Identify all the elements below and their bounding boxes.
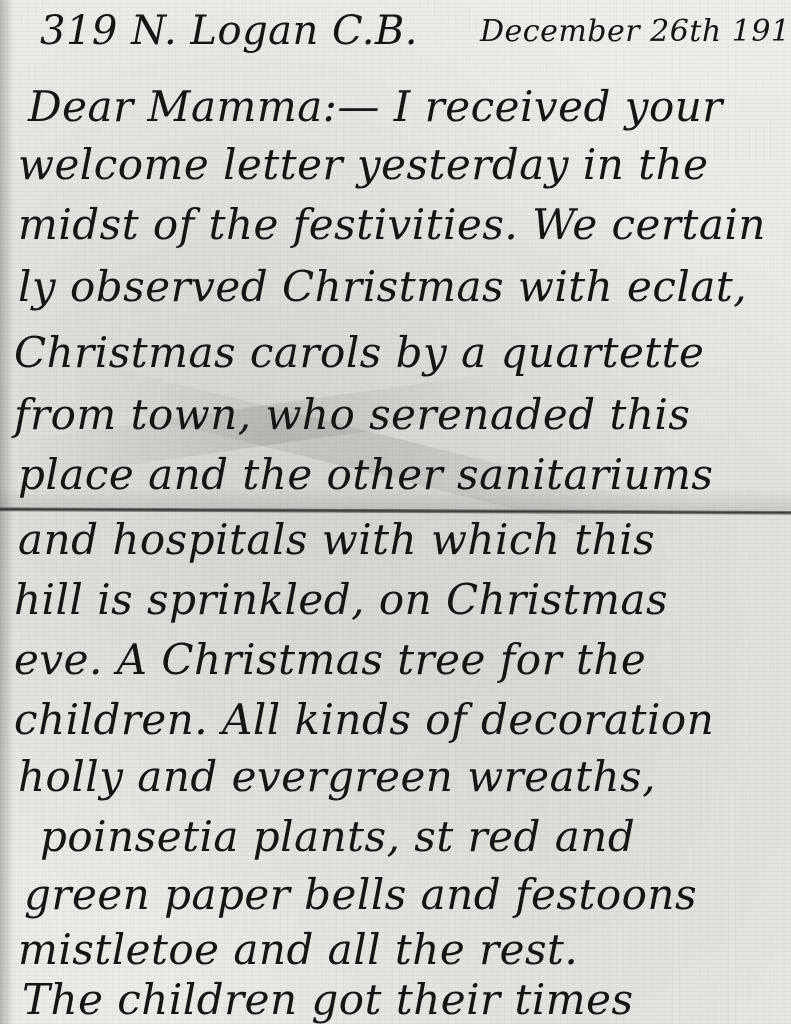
letter-line: holly and evergreen wreaths, (18, 752, 656, 801)
letter-line: from town, who serenaded this (14, 390, 690, 439)
letter-line: Dear Mamma:— I received your (28, 82, 723, 131)
letter-line: The children got their times (22, 975, 634, 1024)
letter-line: poinsetia plants, st red and (40, 812, 635, 861)
letter-line: ly observed Christmas with eclat, (18, 262, 747, 311)
letter-address: 319 N. Logan C.B. (40, 8, 418, 54)
letter-line: children. All kinds of decoration (14, 695, 714, 744)
letter-line: green paper bells and festoons (24, 870, 697, 919)
letter-page: 319 N. Logan C.B. December 26th 1910 Dea… (0, 0, 791, 1024)
letter-line: place and the other sanitariums (18, 450, 713, 499)
letter-date: December 26th 1910 (480, 14, 791, 49)
letter-line: eve. A Christmas tree for the (14, 635, 646, 684)
letter-line: hill is sprinkled, on Christmas (14, 575, 668, 624)
page-left-edge-shadow (0, 0, 14, 1024)
letter-line: midst of the festivities. We certain (18, 200, 766, 249)
letter-line: Christmas carols by a quartette (14, 328, 704, 377)
letter-line: mistletoe and all the rest. (18, 925, 578, 974)
letter-line: and hospitals with which this (18, 515, 655, 564)
letter-line: welcome letter yesterday in the (18, 140, 708, 189)
